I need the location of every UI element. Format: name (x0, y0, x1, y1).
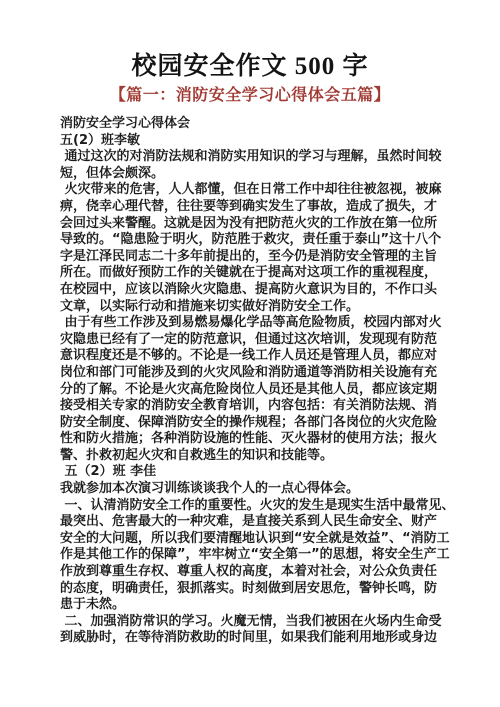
body-line: 最突出、危害最大的一种灾难，是直接关系到人民生命安全、财产 (60, 514, 444, 531)
body-line: 导致的。“隐患险于明火，防范胜于救灾，责任重于泰山”这十八个 (60, 232, 444, 249)
body-line: 作是其他工作的保障”，牢牢树立“安全第一”的思想，将安全生产工 (60, 547, 444, 564)
body-line: 由于有些工作涉及到易燃易爆化学品等高危险物质，校园内部对火 (60, 315, 444, 332)
body-line: 所在。而做好预防工作的关键就在于提高对这项工作的重视程度， (60, 265, 444, 282)
body-line: 安全的大问题，所以我们要清醒地认识到“安全就是效益”、“消防工 (60, 531, 444, 548)
body-line: 我就参加本次演习训练谈谈我个人的一点心得体会。 (60, 481, 444, 498)
body-line: 意识程度还是不够的。不论是一线工作人员还是管理人员，都应对 (60, 348, 444, 365)
body-line: 在校园中，应该以消除火灾隐患、提高防火意识为目的，不作口头 (60, 282, 444, 299)
body-line: 通过这次的对消防法规和消防实用知识的学习与理解，虽然时间较 (60, 149, 444, 166)
body-line: 作放到尊重生存权、尊重人权的高度，本着对社会，对公众负责任 (60, 564, 444, 581)
body-line: 防安全制度、保障消防安全的操作规程；各部门各岗位的火灾危险 (60, 415, 444, 432)
document-page: 校园安全作文 500 字 【篇一：消防安全学习心得体会五篇】 消防安全学习心得体… (0, 0, 500, 707)
body-line: 二、加强消防常识的学习。火魔无情，当我们被困在火场内生命受 (60, 614, 444, 631)
body-line: 五(2）班李敏 (60, 133, 444, 150)
body-line: 火灾带来的危害，人人都懂，但在日常工作中却往往被忽视，被麻 (60, 182, 444, 199)
body-line: 字是江泽民同志二十多年前提出的，至今仍是消防安全管理的主旨 (60, 249, 444, 266)
body-line: 到威胁时，在等待消防救助的时间里，如果我们能利用地形或身边 (60, 630, 444, 647)
document-title: 校园安全作文 500 字 (0, 50, 500, 84)
body-line: 岗位和部门可能涉及到的火灾风险和消防通道等消防相关设施有充 (60, 365, 444, 382)
body-line: 性和防火措施；各种消防设施的性能、灭火器材的使用方法；报火 (60, 431, 444, 448)
essay-body: 消防安全学习心得体会 五(2）班李敏 通过这次的对消防法规和消防实用知识的学习与… (60, 116, 444, 647)
body-line: 文章，以实际行动和措施来切实做好消防安全工作。 (60, 299, 444, 316)
body-line: 接受相关专家的消防安全教育培训，内容包括：有关消防法规、消 (60, 398, 444, 415)
body-line: 灾隐患已经有了一定的防范意识，但通过这次培训，发现现有防范 (60, 332, 444, 349)
body-line: 警、扑救初起火灾和自救逃生的知识和技能等。 (60, 448, 444, 465)
body-line: 患于未然。 (60, 597, 444, 614)
body-line: 短，但体会颇深。 (60, 166, 444, 183)
body-line: 五（2）班 李佳 (60, 464, 444, 481)
body-line: 痹，侥幸心理代替，往往要等到确实发生了事故，造成了损失，才 (60, 199, 444, 216)
section-heading: 【篇一：消防安全学习心得体会五篇】 (0, 84, 500, 108)
body-line: 会回过头来警醒。这就是因为没有把防范火灾的工作放在第一位所 (60, 216, 444, 233)
body-line: 分的了解。不论是火灾高危险岗位人员还是其他人员，都应该定期 (60, 382, 444, 399)
body-line: 的态度，明确责任，狠抓落实。时刻做到居安思危，警钟长鸣，防 (60, 581, 444, 598)
body-line: 消防安全学习心得体会 (60, 116, 444, 133)
body-line: 一、认清消防安全工作的重要性。火灾的发生是现实生活中最常见、 (60, 498, 444, 515)
